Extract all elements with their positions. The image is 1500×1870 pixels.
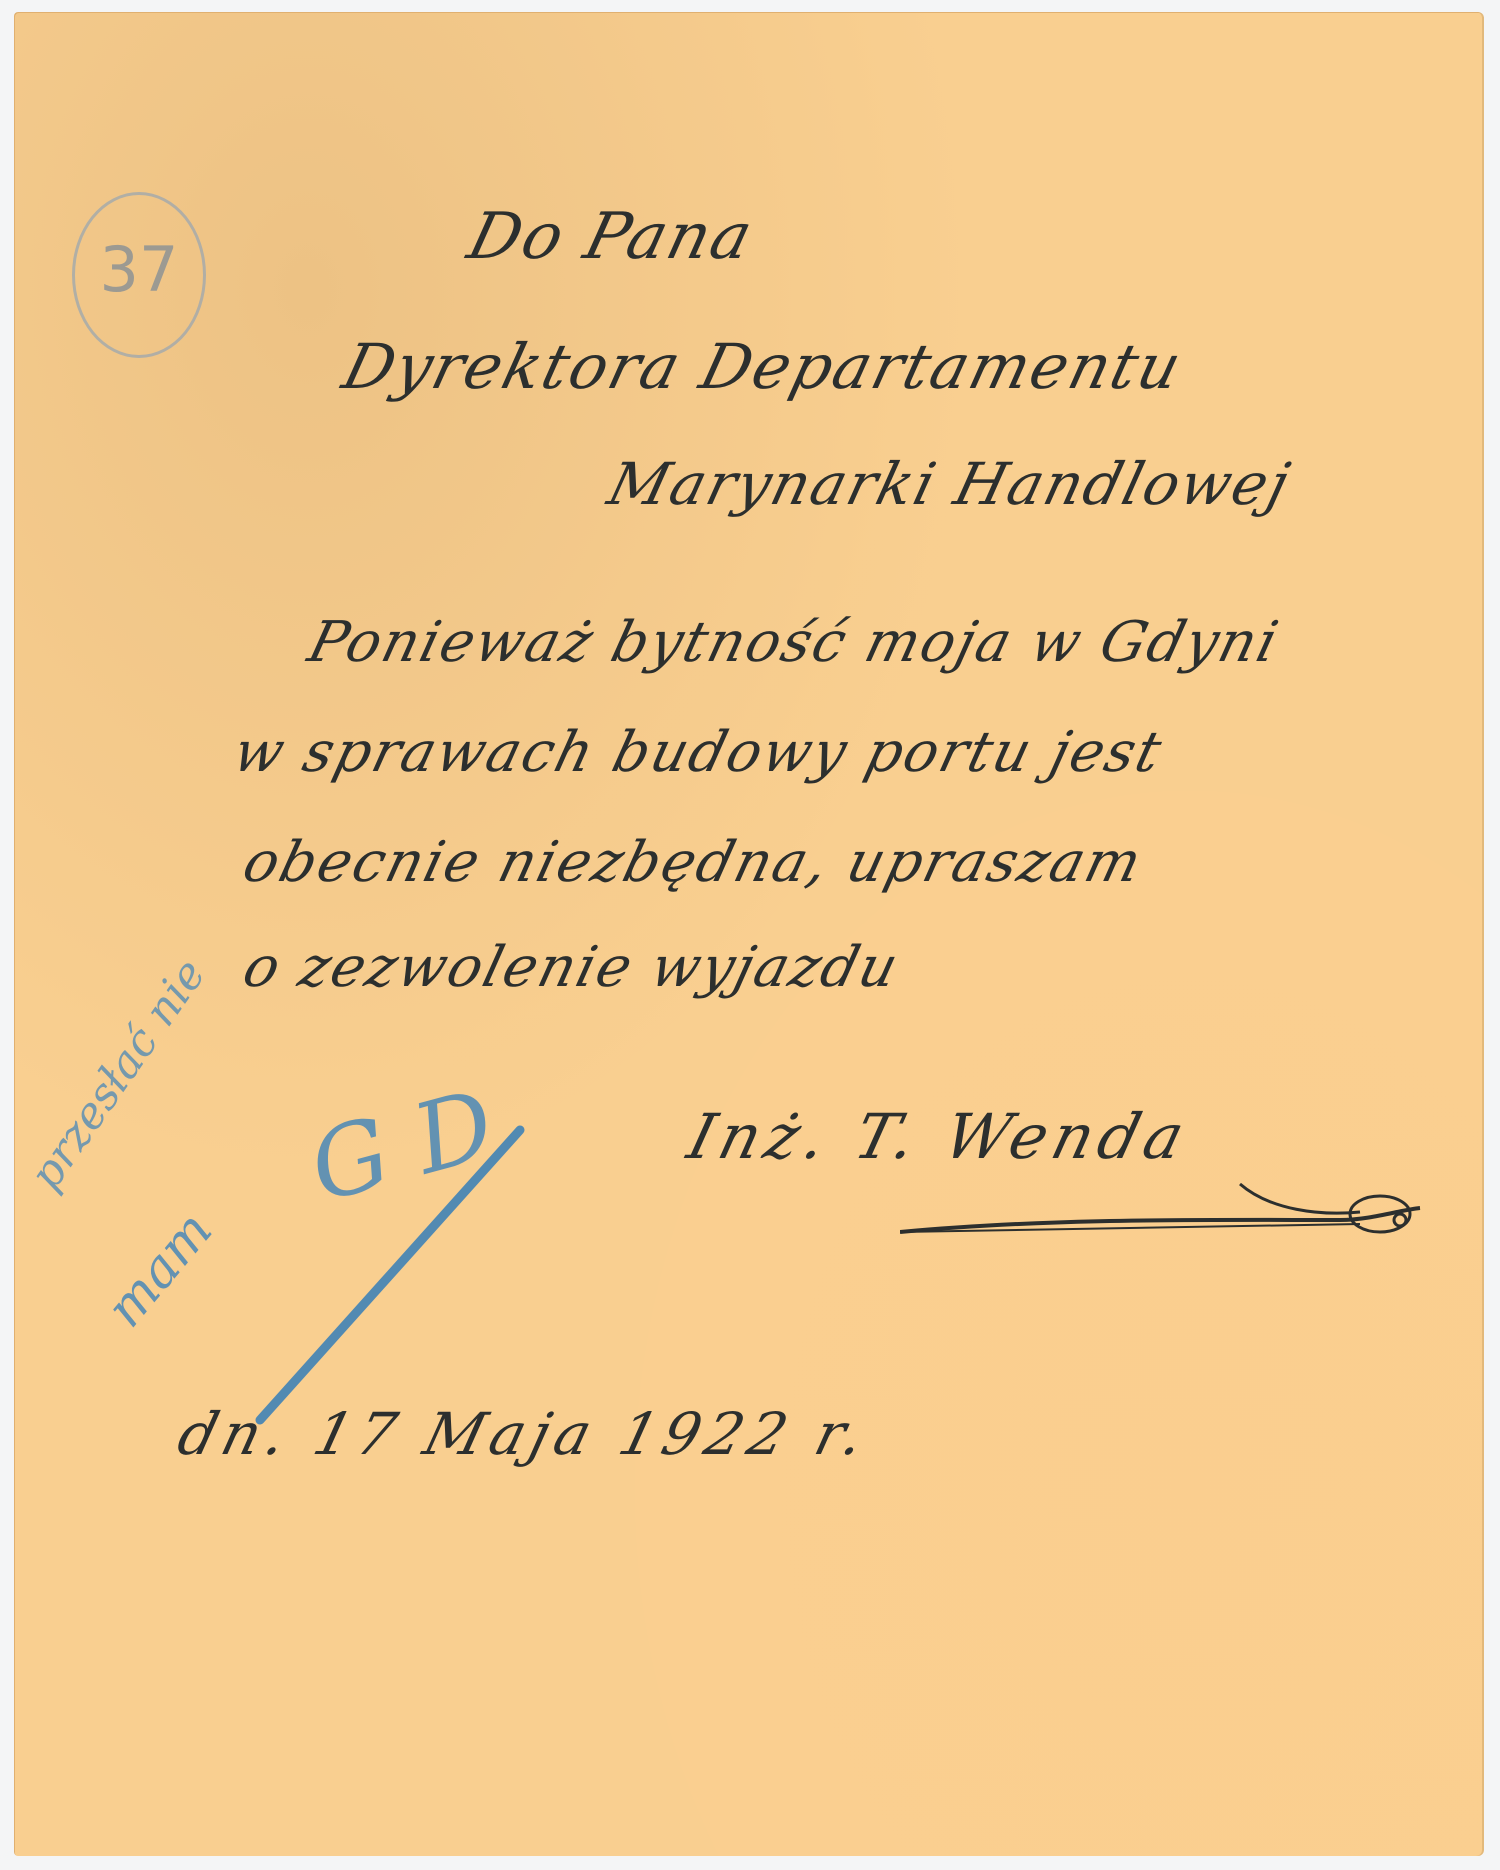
date-line: dn. 17 Maja 1922 r.	[172, 1400, 877, 1468]
letter-paper	[14, 12, 1484, 1856]
archive-number-circle: 37	[72, 192, 206, 358]
signature: Inż. T. Wenda	[681, 1100, 1197, 1173]
salutation: Do Pana	[461, 200, 761, 274]
body-line-3: obecnie niezbędna, upraszam	[237, 830, 1150, 895]
signature-flourish	[900, 1180, 1460, 1300]
body-line-2: w sprawach budowy portu jest	[227, 720, 1170, 785]
addressee-line-1: Dyrektora Departamentu	[336, 330, 1190, 403]
archive-number: 37	[75, 233, 203, 306]
body-line-4: o zezwolenie wyjazdu	[237, 935, 906, 1000]
addressee-line-2: Marynarki Handlowej	[602, 450, 1298, 518]
body-line-1: Ponieważ bytność moja w Gdyni	[302, 610, 1286, 675]
